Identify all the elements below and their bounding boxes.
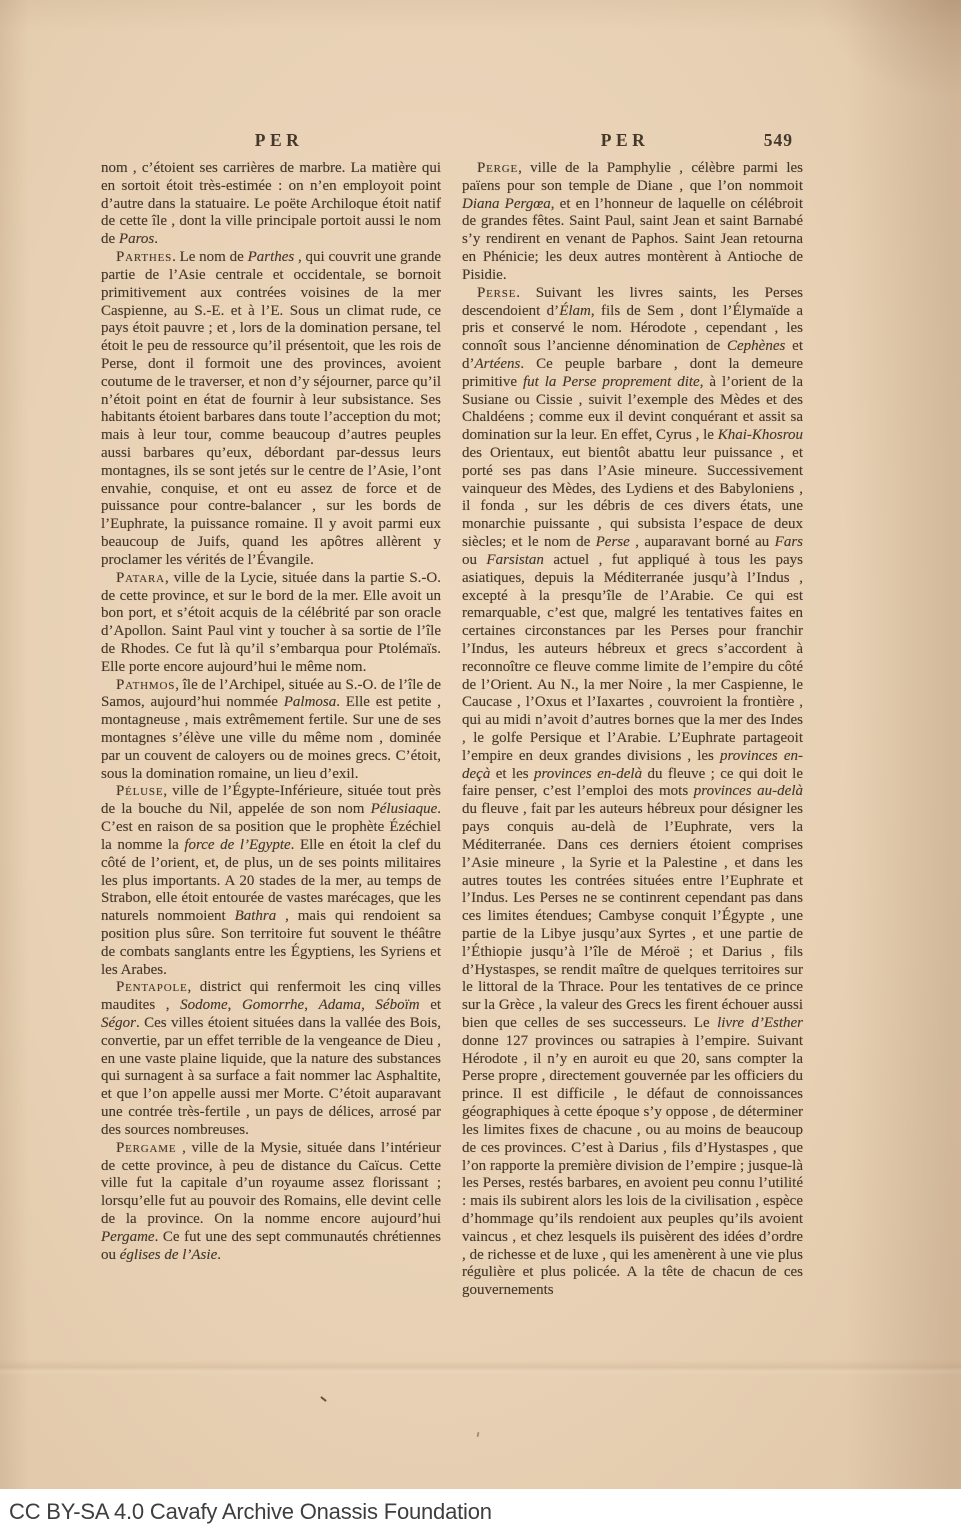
paragraph: Patara, ville de la Lycie, située dans l…	[101, 570, 441, 677]
license-text: CC BY-SA 4.0 Cavafy Archive Onassis Foun…	[0, 1499, 492, 1525]
entry-headword: Pergame	[116, 1140, 176, 1156]
text-segment: .	[217, 1247, 221, 1263]
text-segment: . Le nom de	[172, 249, 248, 265]
paragraph: Pentapole, district qui renfermoit les c…	[101, 979, 441, 1139]
running-title-right: PER	[601, 130, 650, 151]
text-segment: .	[154, 231, 158, 247]
text-column-left: nom , c’étoient ses carrières de marbre.…	[101, 160, 441, 1264]
text-segment: Élam	[559, 303, 591, 319]
text-segment: Séboïm	[375, 997, 419, 1013]
text-segment: actuel , fut appliqué à tous les pays as…	[462, 552, 803, 764]
text-segment: fut la Perse proprement dite	[523, 374, 700, 390]
text-segment: Paros	[119, 231, 154, 247]
text-segment: et les	[490, 766, 534, 782]
text-segment: Adama	[319, 997, 362, 1013]
text-segment: provinces en-delà	[534, 766, 642, 782]
text-segment: Cephènes	[727, 338, 785, 354]
paragraph: Parthes. Le nom de Parthes , qui couvrit…	[101, 249, 441, 570]
text-segment: Khai-Khosrou	[718, 427, 803, 443]
text-segment: Bathra	[235, 908, 277, 924]
text-segment: Perse	[596, 534, 630, 550]
paragraph: Perse. Suivant les livres saints, les Pe…	[462, 285, 803, 1300]
text-segment: livre d’Esther	[717, 1015, 803, 1031]
text-segment: , auparavant borné au	[630, 534, 775, 550]
text-segment: Pergame	[101, 1229, 155, 1245]
text-segment: Sodome	[180, 997, 228, 1013]
paragraph: nom , c’étoient ses carrières de marbre.…	[101, 160, 441, 249]
text-segment: provinces au-delà	[694, 783, 803, 799]
paper-crease	[0, 1360, 961, 1376]
license-bar: CC BY-SA 4.0 Cavafy Archive Onassis Foun…	[0, 1489, 961, 1534]
paragraph: Péluse, ville de l’Égypte-Inférieure, si…	[101, 783, 441, 979]
running-title-left: PER	[255, 130, 304, 151]
paragraph: Pathmos, île de l’Archipel, située au S.…	[101, 677, 441, 784]
text-segment: Diana Pergœa	[462, 196, 551, 212]
entry-headword: Perse	[477, 285, 516, 301]
text-segment: ou	[462, 552, 486, 568]
text-segment: Palmosa	[284, 694, 337, 710]
text-segment: du fleuve , fait par les auteurs hébreux…	[462, 801, 803, 1031]
entry-headword: Patara	[116, 570, 165, 586]
text-column-right: Perge, ville de la Pamphylie , célèbre p…	[462, 160, 803, 1300]
text-segment: Ségor	[101, 1015, 136, 1031]
paragraph: Perge, ville de la Pamphylie , célèbre p…	[462, 160, 803, 285]
ink-speck	[477, 1432, 480, 1437]
entry-headword: Pathmos	[116, 677, 175, 693]
page-header: PER PER 549	[0, 130, 961, 154]
text-segment: ,	[304, 997, 318, 1013]
entry-headword: Parthes	[116, 249, 172, 265]
text-segment: force de l’Egypte	[184, 837, 290, 853]
text-segment: Pélusiaque	[371, 801, 438, 817]
ink-speck	[320, 1396, 327, 1402]
text-segment: donne 127 provinces ou satrapies à l’emp…	[462, 1033, 803, 1298]
text-segment: Parthes	[248, 249, 295, 265]
text-segment: Artéens	[475, 356, 521, 372]
text-segment: Gomorrhe	[242, 997, 304, 1013]
text-segment: et	[420, 997, 441, 1013]
entry-headword: Pentapole	[116, 979, 188, 995]
page-number: 549	[764, 130, 793, 151]
paragraph: Pergame , ville de la Mysie, située dans…	[101, 1140, 441, 1265]
text-segment: , qui couvrit une grande partie de l’Asi…	[101, 249, 441, 568]
text-segment: . Ces villes étoient situées dans la val…	[101, 1015, 441, 1138]
text-segment: Fars	[775, 534, 803, 550]
text-segment: églises de l’Asie	[120, 1247, 217, 1263]
text-segment: ,	[228, 997, 242, 1013]
scanned-book-page: PER PER 549 nom , c’étoient ses carrière…	[0, 0, 961, 1534]
entry-headword: Péluse	[116, 783, 163, 799]
entry-headword: Perge	[477, 160, 518, 176]
text-segment: ,	[361, 997, 375, 1013]
text-segment: Farsistan	[486, 552, 544, 568]
